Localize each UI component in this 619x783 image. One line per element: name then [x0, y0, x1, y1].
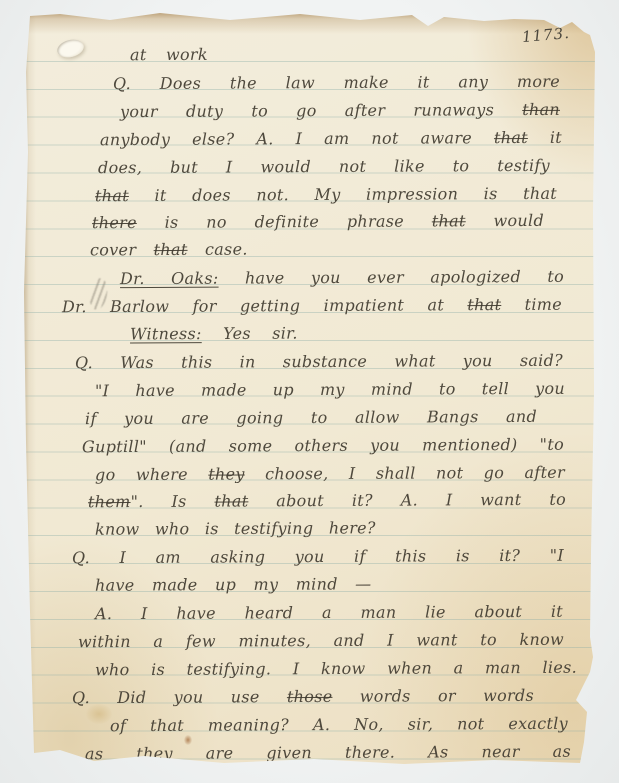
handwriting-line: Q. Does the law make it any more — [113, 70, 560, 98]
handwriting-word: Q. I am asking you if this is it? "I — [72, 546, 564, 568]
handwriting-line: within a few minutes, and I want to know — [78, 628, 564, 657]
handwriting-line: cover that case. — [90, 238, 248, 265]
handwriting-line: Q. I am asking you if this is it? "I — [72, 544, 564, 573]
handwriting-line: A. I have heard a man lie about it — [95, 600, 563, 628]
handwriting-word: them — [88, 492, 131, 511]
handwriting-word: within a few minutes, and I want to know — [78, 630, 564, 652]
handwriting-word: there — [92, 213, 137, 232]
handwriting-line: who is testifying. I know when a man lie… — [95, 656, 577, 685]
handwriting-line: if you are going to allow Bangs and — [85, 405, 537, 433]
handwriting-text: at workQ. Does the law make it any morey… — [24, 12, 596, 768]
handwriting-word: have made up my mind — — [95, 574, 372, 594]
handwriting-line: anybody else? A. I am not aware that it — [100, 125, 562, 153]
handwriting-word: have you ever apologized to — [218, 267, 564, 288]
handwriting-line: does, but I would not like to testify — [98, 153, 550, 181]
handwriting-word: that — [432, 212, 466, 231]
handwriting-word: as they are given there. As near as — [85, 741, 571, 763]
handwriting-word: time — [501, 295, 562, 314]
handwriting-line: Dr. Barlow for getting impatient at that… — [62, 293, 562, 322]
handwriting-word: "I have made up my mind to tell you — [95, 379, 565, 400]
handwriting-word: Dr. Oaks: — [120, 269, 219, 289]
handwriting-word: those — [287, 687, 333, 706]
handwriting-word: that — [95, 186, 129, 205]
handwriting-word: it — [528, 127, 562, 146]
handwriting-word: cover — [90, 240, 154, 259]
handwriting-word: Q. Was this in substance what you said? — [75, 351, 563, 373]
handwriting-word: Q. Does the law make it any more — [113, 72, 560, 93]
handwriting-word: go where — [95, 464, 208, 484]
handwriting-line: Guptill" (and some others you mentioned)… — [82, 432, 564, 461]
handwriting-word: words or words — [332, 685, 534, 705]
handwriting-word: Guptill" (and some others you mentioned)… — [82, 434, 564, 456]
handwriting-line: them". Is that about it? A. I want to — [88, 488, 566, 517]
handwriting-word: that — [467, 295, 501, 314]
handwriting-word: know who is testifying here? — [95, 519, 376, 539]
handwriting-line: know who is testifying here? — [95, 517, 376, 544]
handwriting-line: "I have made up my mind to tell you — [95, 377, 565, 405]
handwriting-line: that it does not. My impression is that — [95, 181, 557, 209]
handwriting-word: Dr. Barlow for getting impatient at — [62, 295, 467, 316]
handwriting-word: does, but I would not like to testify — [98, 155, 550, 176]
handwriting-word: at work — [130, 45, 208, 64]
handwriting-line: Q. Did you use those words or words — [72, 683, 534, 711]
handwriting-line: as they are given there. As near as — [85, 739, 571, 768]
scanned-document-page: 1173. at workQ. Does the law make it any… — [0, 0, 619, 783]
handwriting-word: of that meaning? A. No, sir, not exactly — [110, 713, 568, 734]
handwriting-word: anybody else? A. I am not aware — [100, 128, 494, 149]
handwriting-line: your duty to go after runaways than — [120, 98, 560, 126]
handwriting-word: if you are going to allow Bangs and — [85, 407, 537, 428]
handwriting-word: that — [494, 128, 528, 147]
handwriting-line: go where they choose, I shall not go aft… — [95, 460, 565, 488]
handwriting-word: about it? A. I want to — [248, 490, 566, 511]
handwriting-line: Dr. Oaks: have you ever apologized to — [120, 265, 564, 293]
handwriting-line: of that meaning? A. No, sir, not exactly — [110, 711, 568, 739]
handwriting-word: that — [214, 492, 248, 511]
handwriting-word: Witness: — [130, 324, 202, 343]
handwriting-word: who is testifying. I know when a man lie… — [95, 658, 577, 680]
paper-sheet: 1173. at workQ. Does the law make it any… — [24, 12, 596, 768]
handwriting-word: ". Is — [131, 492, 215, 511]
handwriting-line: there is no definite phrase that would — [92, 209, 544, 237]
handwriting-line: have made up my mind — — [95, 572, 372, 599]
handwriting-line: Witness: Yes sir. — [130, 322, 298, 349]
handwriting-word: choose, I shall not go after — [245, 462, 565, 483]
handwriting-word: would — [466, 211, 544, 230]
handwriting-word: it does not. My impression is that — [129, 183, 557, 204]
handwriting-word: Yes sir. — [202, 324, 298, 344]
handwriting-line: at work — [130, 43, 208, 69]
handwriting-line: Q. Was this in substance what you said? — [75, 349, 563, 378]
handwriting-word: they — [208, 464, 245, 483]
handwriting-word: case. — [187, 240, 247, 259]
handwriting-word: your duty to go after runaways — [120, 100, 522, 121]
handwriting-word: A. I have heard a man lie about it — [95, 602, 563, 623]
handwriting-word: is no definite phrase — [137, 212, 432, 233]
handwriting-word: than — [522, 100, 560, 119]
handwriting-word: that — [154, 240, 188, 259]
handwriting-word: Q. Did you use — [72, 687, 287, 707]
